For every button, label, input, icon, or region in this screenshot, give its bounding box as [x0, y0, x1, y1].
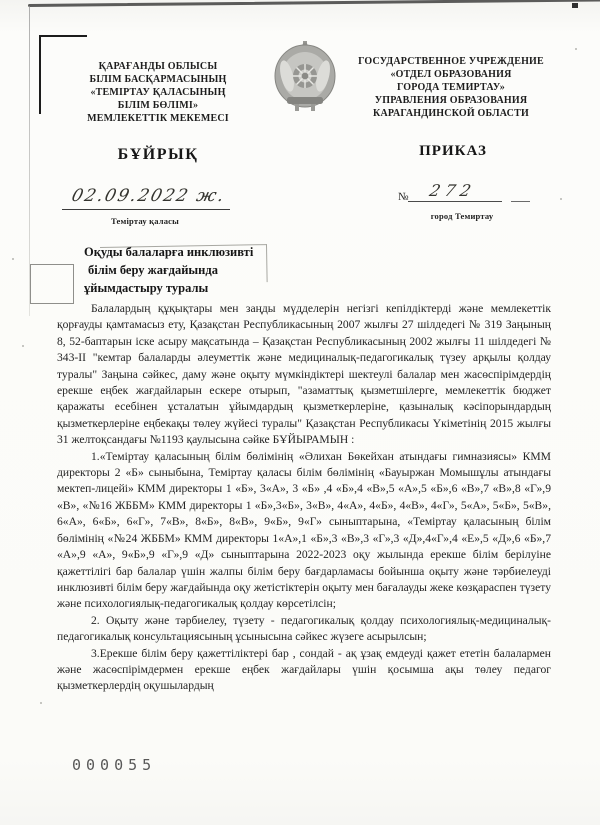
org-name-kazakh-line: БІЛІМ БӨЛІМІ»: [58, 99, 258, 112]
number-sign-label: №: [398, 191, 409, 203]
scan-edge-line: [28, 0, 600, 7]
body-paragraph-item-3: 3.Ерекше білім беру қажеттіліктері бар ,…: [57, 646, 551, 695]
body-paragraph-item-2: 2. Оқыту және тәрбиелеу, түзету - педаго…: [57, 613, 551, 646]
org-name-kazakh: ҚАРАҒАНДЫ ОБЛЫСЫ БІЛІМ БАСҚАРМАСЫНЫҢ «ТЕ…: [58, 60, 258, 125]
page-counter-stamp: 000055: [72, 756, 156, 774]
body-paragraph-preamble: Балалардың құқықтары мен заңды мүдделері…: [57, 301, 551, 449]
org-name-kazakh-line: ҚАРАҒАНДЫ ОБЛЫСЫ: [58, 60, 258, 73]
org-name-russian-line: ГОРОДА ТЕМИРТАУ»: [345, 81, 557, 94]
org-name-russian: ГОСУДАРСТВЕННОЕ УЧРЕЖДЕНИЕ «ОТДЕЛ ОБРАЗО…: [345, 55, 557, 120]
order-subject-line: білім беру жағдайында: [84, 261, 284, 279]
scanned-document-page: ҚАРАҒАНДЫ ОБЛЫСЫ БІЛІМ БАСҚАРМАСЫНЫҢ «ТЕ…: [0, 0, 600, 825]
scan-speck: [560, 198, 562, 200]
kazakhstan-emblem-icon: [272, 40, 338, 114]
order-subject: Оқуды балаларға инклюзивті білім беру жа…: [84, 243, 284, 297]
number-underline-segment: [511, 185, 530, 202]
org-name-russian-line: «ОТДЕЛ ОБРАЗОВАНИЯ: [345, 68, 557, 81]
order-title-russian: ПРИКАЗ: [350, 143, 556, 160]
org-name-kazakh-line: БІЛІМ БАСҚАРМАСЫНЫҢ: [58, 73, 258, 86]
org-name-russian-line: ГОСУДАРСТВЕННОЕ УЧРЕЖДЕНИЕ: [345, 55, 557, 68]
org-name-kazakh-line: МЕМЛЕКЕТТІК МЕКЕМЕСІ: [58, 112, 258, 125]
order-subject-line: Оқуды балаларға инклюзивті: [84, 243, 284, 261]
place-russian: город Темиртау: [402, 211, 522, 221]
handwritten-date: 02.09.2022 ж.: [70, 186, 228, 206]
scan-speck: [22, 345, 24, 347]
scan-artifact-dot: [572, 3, 578, 8]
order-title-kazakh: БҰЙРЫҚ: [58, 146, 258, 164]
body-paragraph-item-1: 1.«Теміртау қаласының білім бөлімінің «Ә…: [57, 449, 551, 613]
margin-empty-box: [30, 264, 74, 304]
org-name-kazakh-line: «ТЕМІРТАУ ҚАЛАСЫНЫҢ: [58, 86, 258, 99]
scan-speck: [40, 702, 42, 704]
order-subject-line: ұйымдастыру туралы: [84, 279, 284, 297]
org-name-russian-line: КАРАГАНДИНСКОЙ ОБЛАСТИ: [345, 107, 557, 120]
scan-speck: [12, 258, 14, 260]
place-kazakh: Теміртау қаласы: [45, 216, 245, 226]
org-name-russian-line: УПРАВЛЕНИЯ ОБРАЗОВАНИЯ: [345, 94, 557, 107]
order-body: Балалардың құқықтары мен заңды мүдделері…: [57, 301, 551, 695]
handwritten-number: 272: [428, 181, 478, 200]
scan-speck: [575, 48, 577, 50]
